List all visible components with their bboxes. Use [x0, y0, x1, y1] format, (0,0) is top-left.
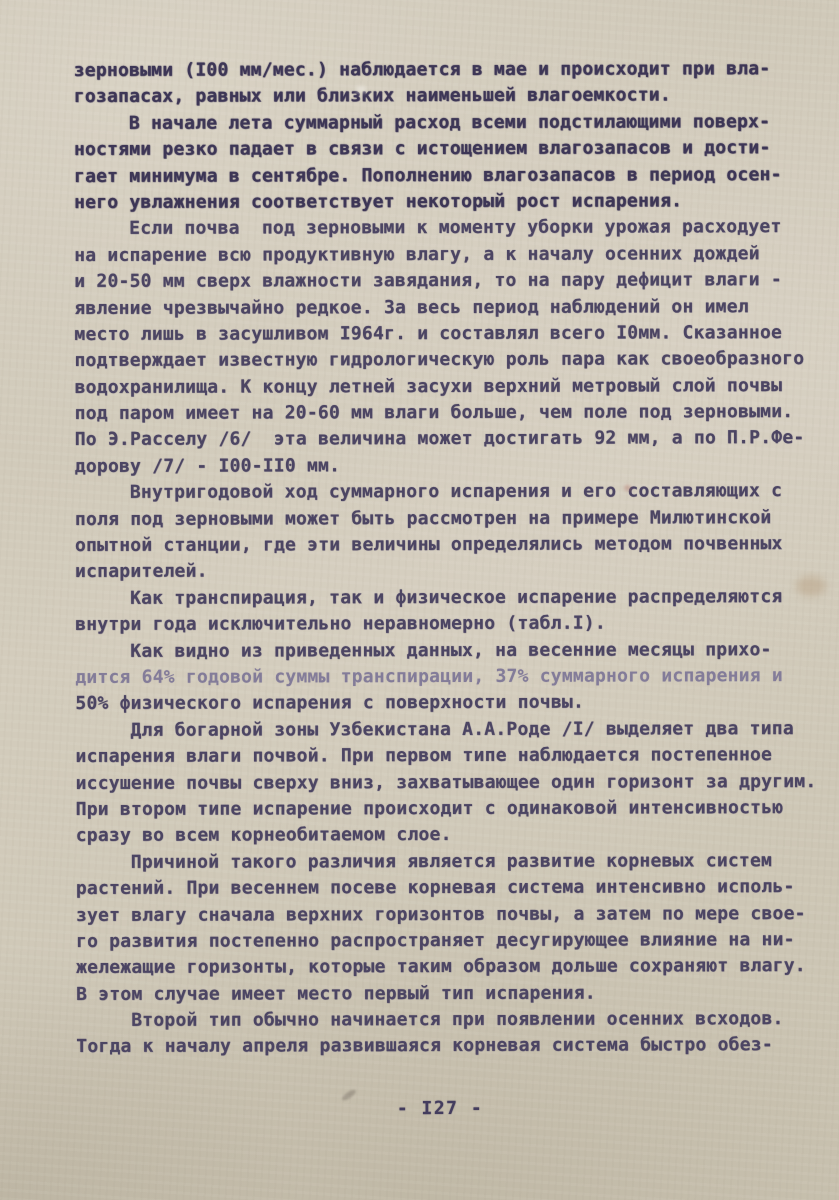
- text-line: сразу во всем корнеобитаемом слое.: [76, 821, 824, 849]
- text-line: Внутригодовой ход суммарного испарения и…: [75, 478, 823, 506]
- text-line: го развития постепенно распространяет де…: [76, 927, 824, 955]
- text-line: подтверждает известную гидрологическую р…: [74, 346, 822, 374]
- text-line: растений. При весеннем посеве корневая с…: [76, 874, 824, 902]
- text-line: и 20-50 мм сверх влажности завядания, то…: [74, 267, 822, 295]
- text-line: испарителей.: [75, 557, 823, 585]
- text-line: под паром имеет на 20-60 мм влаги больше…: [75, 399, 823, 427]
- text-line: дорову /7/ - I00-II0 мм.: [75, 452, 823, 480]
- text-line: зует влагу сначала верхних горизонтов по…: [76, 901, 824, 929]
- text-line: В этом случае имеет место первый тип исп…: [76, 980, 824, 1008]
- text-line: жележащие горизонты, которые таким образ…: [76, 953, 824, 981]
- text-line: Если почва под зерновыми к моменту уборк…: [74, 214, 822, 242]
- text-line: опытной станции, где эти величины опреде…: [75, 531, 823, 559]
- text-line: зерновыми (I00 мм/мес.) наблюдается в ма…: [74, 56, 822, 84]
- text-line: Тогда к началу апреля развившаяся корнев…: [76, 1032, 824, 1060]
- text-line: гозапасах, равных или близких наименьшей…: [74, 82, 822, 110]
- text-line: испарения влаги почвой. При первом типе …: [75, 742, 823, 770]
- text-line: 50% физического испарения с поверхности …: [75, 689, 823, 717]
- text-line: дится 64% годовой суммы транспирации, 37…: [75, 663, 823, 691]
- text-line: явление чрезвычайно редкое. За весь пери…: [74, 294, 822, 322]
- text-line: место лишь в засушливом I964г. и составл…: [74, 320, 822, 348]
- text-line: гает минимума в сентябре. Пополнению вла…: [74, 162, 822, 190]
- scanned-document-page: зерновыми (I00 мм/мес.) наблюдается в ма…: [0, 0, 839, 1200]
- text-line: иссушение почвы сверху вниз, захватывающ…: [76, 769, 824, 797]
- text-line: В начале лета суммарный расход всеми под…: [74, 109, 822, 137]
- text-line: Причиной такого различия является развит…: [76, 848, 824, 876]
- text-line: Как видно из приведенных данных, на весе…: [75, 637, 823, 665]
- text-line: него увлажнения соответствует некоторый …: [74, 188, 822, 216]
- text-line: на испарение всю продуктивную влагу, а к…: [74, 241, 822, 269]
- text-line: Второй тип обычно начинается при появлен…: [76, 1006, 824, 1034]
- text-line: Для богарной зоны Узбекистана А.А.Роде /…: [75, 716, 823, 744]
- text-line: ностями резко падает в связи с истощение…: [74, 135, 822, 163]
- text-line: При втором типе испарение происходит с о…: [76, 795, 824, 823]
- text-line: внутри года исключительно неравномерно (…: [75, 610, 823, 638]
- text-line: По Э.Расселу /6/ эта величина может дост…: [75, 425, 823, 453]
- typewritten-text: зерновыми (I00 мм/мес.) наблюдается в ма…: [74, 56, 825, 1061]
- text-line: Как транспирация, так и физическое испар…: [75, 584, 823, 612]
- page-number: - I27 -: [75, 1097, 805, 1121]
- text-line: поля под зерновыми может быть рассмотрен…: [75, 505, 823, 533]
- text-line: водохранилища. К концу летней засухи вер…: [75, 373, 823, 401]
